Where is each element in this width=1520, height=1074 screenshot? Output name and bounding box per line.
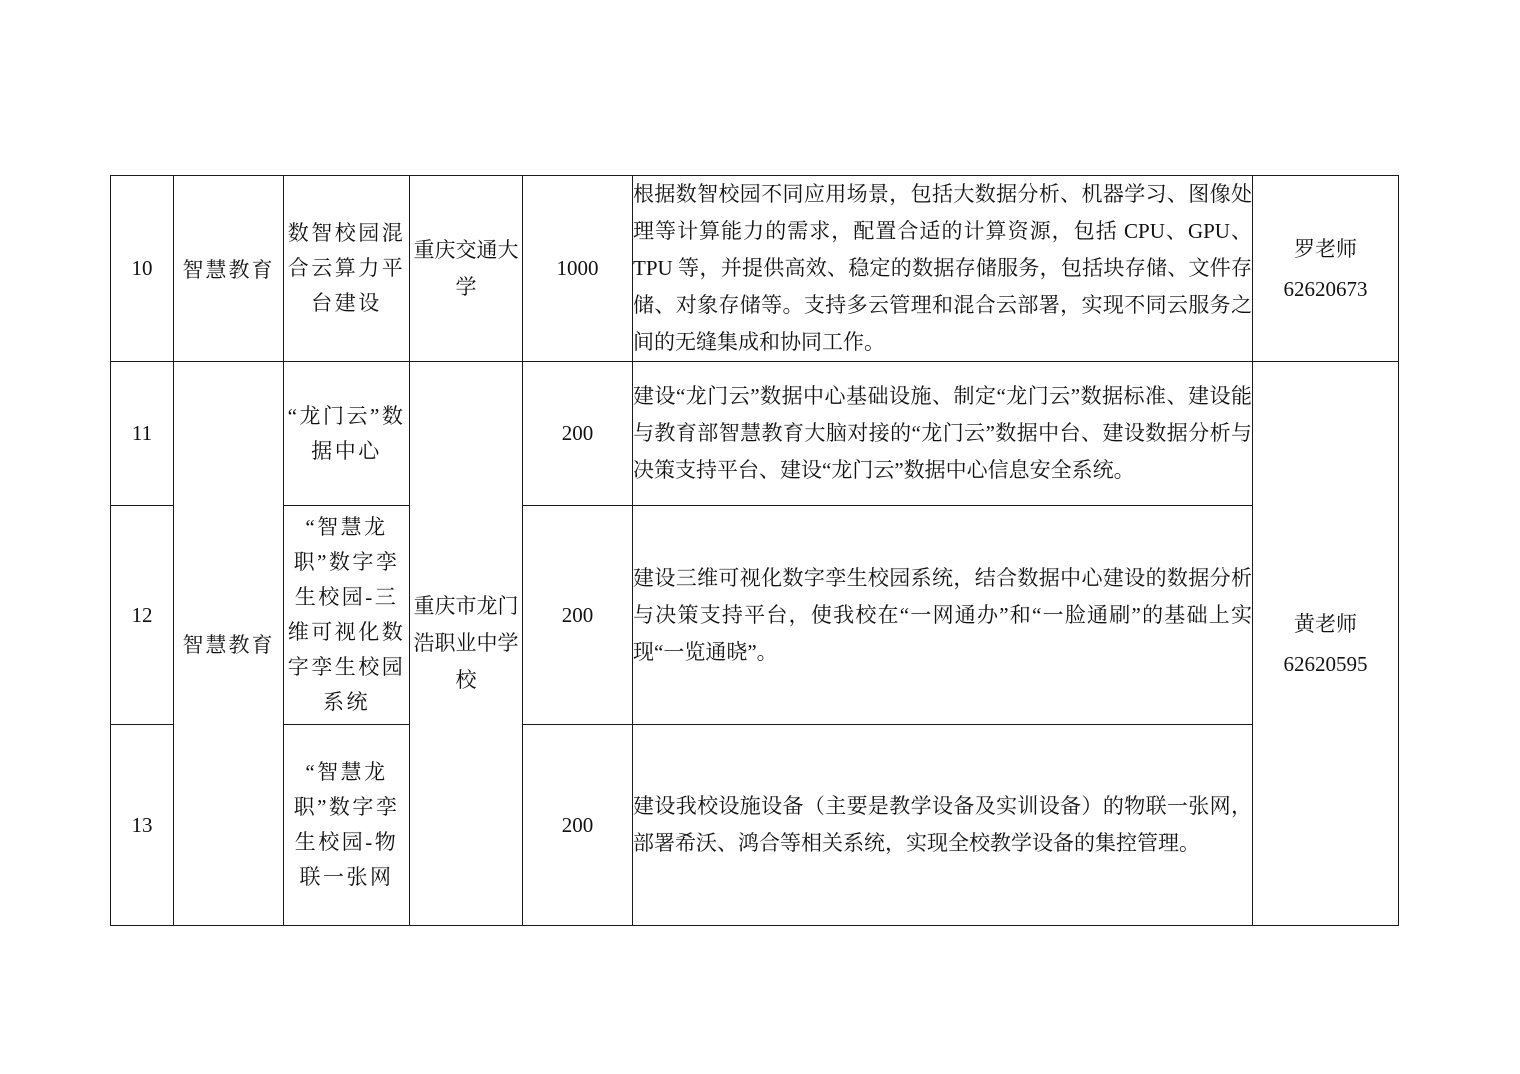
projects-table: 10 智慧教育 数智校园混合云算力平台建设 重庆交通大学 1000 根据数智校园… (110, 175, 1399, 926)
table-row: 10 智慧教育 数智校园混合云算力平台建设 重庆交通大学 1000 根据数智校园… (111, 176, 1399, 362)
project-name-cell: “智慧龙职”数字孪生校园-三维可视化数字孪生校园系统 (284, 506, 410, 725)
amount-cell: 200 (523, 362, 633, 506)
institution-cell-merged: 重庆市龙门浩职业中学校 (410, 362, 523, 926)
table-row: 12 “智慧龙职”数字孪生校园-三维可视化数字孪生校园系统 200 建设三维可视… (111, 506, 1399, 725)
amount-cell: 200 (523, 506, 633, 725)
project-name-cell: “龙门云”数据中心 (284, 362, 410, 506)
amount-cell: 1000 (523, 176, 633, 362)
table-row: 11 智慧教育 “龙门云”数据中心 重庆市龙门浩职业中学校 200 建设“龙门云… (111, 362, 1399, 506)
description-cell: 根据数智校园不同应用场景，包括大数据分析、机器学习、图像处理等计算能力的需求，配… (633, 176, 1253, 362)
contact-cell: 罗老师 62620673 (1253, 176, 1399, 362)
page: { "colors": { "background": "#ffffff", "… (0, 0, 1520, 1074)
contact-name: 罗老师 (1253, 229, 1398, 269)
contact-cell-merged: 黄老师 62620595 (1253, 362, 1399, 926)
description-cell: 建设三维可视化数字孪生校园系统，结合数据中心建设的数据分析与决策支持平台，使我校… (633, 506, 1253, 725)
row-number-cell: 11 (111, 362, 174, 506)
contact-phone: 62620595 (1253, 644, 1398, 684)
project-name-cell: “智慧龙职”数字孪生校园-物联一张网 (284, 725, 410, 926)
row-number-cell: 13 (111, 725, 174, 926)
contact-name: 黄老师 (1253, 604, 1398, 644)
row-number-cell: 10 (111, 176, 174, 362)
institution-cell: 重庆交通大学 (410, 176, 523, 362)
project-name-cell: 数智校园混合云算力平台建设 (284, 176, 410, 362)
table-row: 13 “智慧龙职”数字孪生校园-物联一张网 200 建设我校设施设备（主要是教学… (111, 725, 1399, 926)
category-cell-merged: 智慧教育 (174, 362, 284, 926)
amount-cell: 200 (523, 725, 633, 926)
category-cell: 智慧教育 (174, 176, 284, 362)
description-cell: 建设“龙门云”数据中心基础设施、制定“龙门云”数据标准、建设能与教育部智慧教育大… (633, 362, 1253, 506)
row-number-cell: 12 (111, 506, 174, 725)
contact-phone: 62620673 (1253, 269, 1398, 309)
description-cell: 建设我校设施设备（主要是教学设备及实训设备）的物联一张网，部署希沃、鸿合等相关系… (633, 725, 1253, 926)
